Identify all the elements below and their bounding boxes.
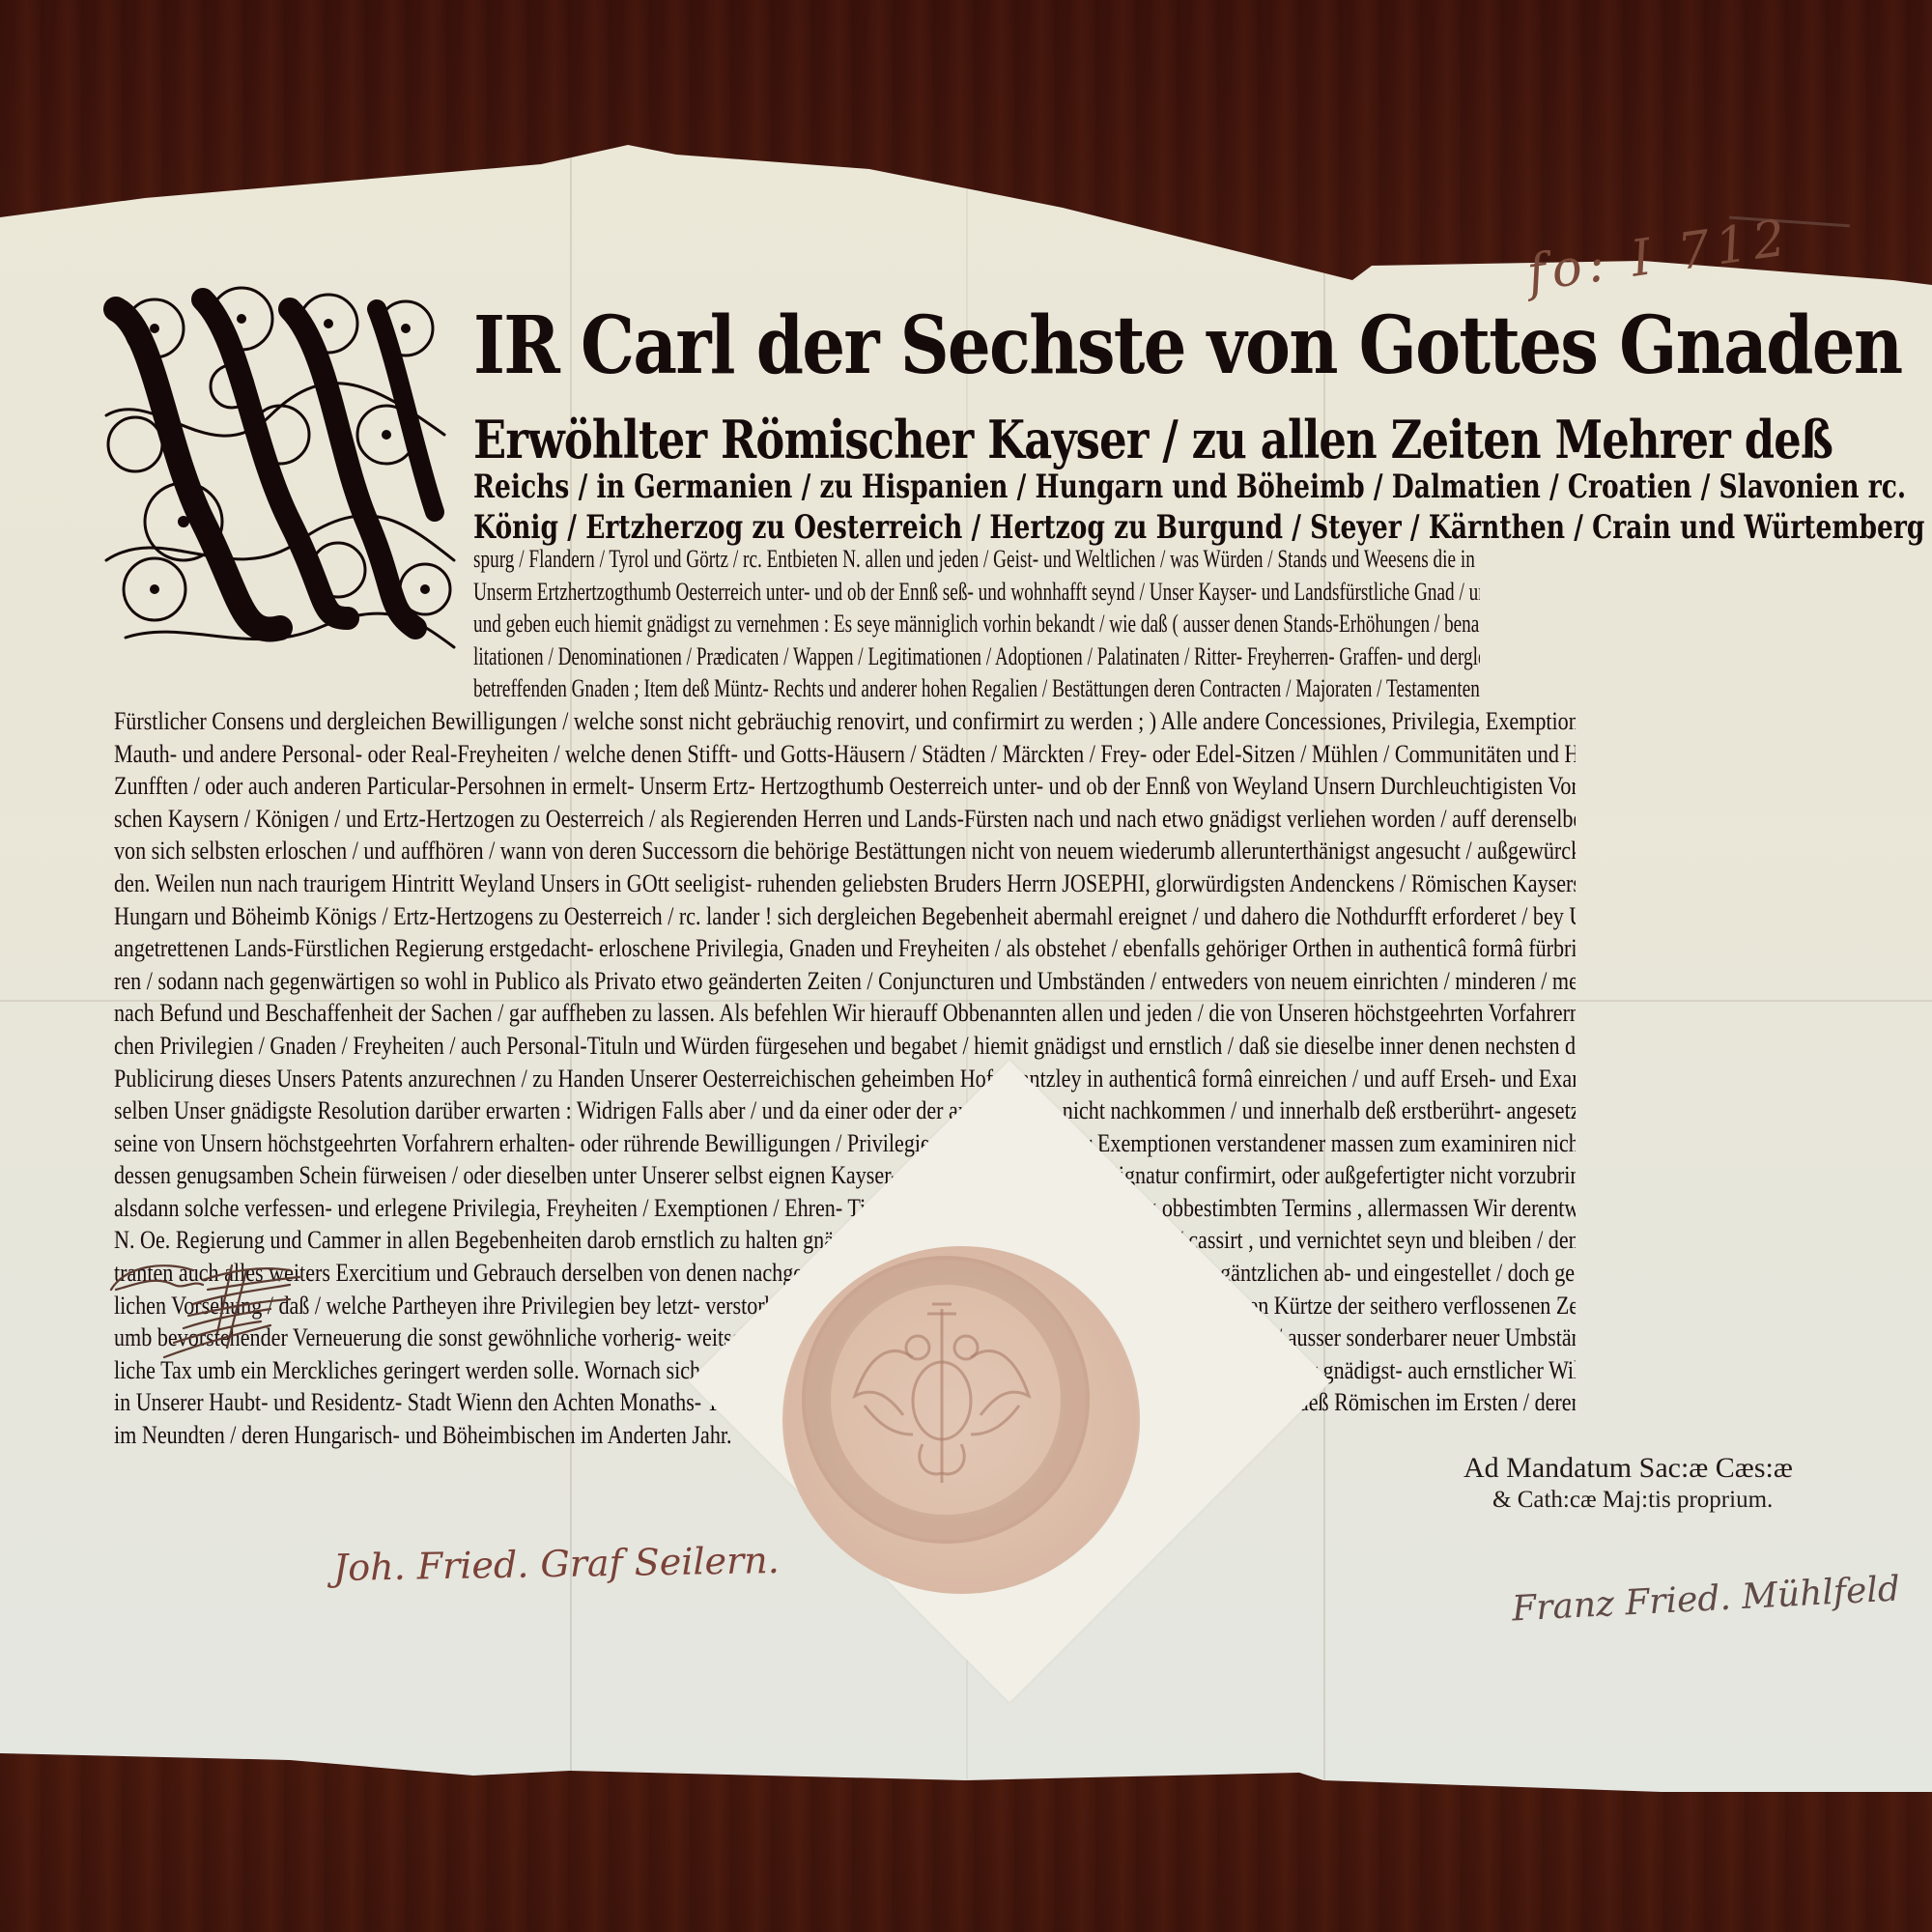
body-line: angetrettenen Lands-Fürstlichen Regierun…: [114, 932, 1576, 965]
body-line: von sich selbsten erloschen / und auffhö…: [114, 835, 1576, 867]
double-headed-eagle-icon: [836, 1290, 1048, 1502]
body-line: Publicirung dieses Unsers Patents anzure…: [114, 1063, 1576, 1095]
body-line: seine von Unsern höchstgeehrten Vorfahre…: [114, 1127, 1576, 1160]
body-line: Hungarn und Böheimb Königs / Ertz-Hertzo…: [114, 900, 1576, 933]
indented-paragraph: spurg / Flandern / Tyrol und Görtz / rc.…: [473, 543, 1833, 705]
body-line: selben Unser gnädigste Resolution darübe…: [114, 1094, 1576, 1127]
body-line: alsdann solche verfessen- und erlegene P…: [114, 1192, 1576, 1225]
body-line: dessen genugsamben Schein fürweisen / od…: [114, 1159, 1576, 1192]
mandate-line-1: Ad Mandatum Sac:æ Cæs:æ: [1463, 1452, 1793, 1485]
emperor-signature: [106, 1256, 319, 1372]
body-line: ren / sodann nach gegenwärtigen so wohl …: [114, 965, 1576, 998]
body-line: betreffenden Gnaden ; Item deß Müntz- Re…: [473, 672, 1480, 705]
body-line: Zunfften / oder auch anderen Particular-…: [114, 770, 1576, 803]
body-line: nach Befund und Beschaffenheit der Sache…: [114, 997, 1576, 1030]
body-line: chen Privilegien / Gnaden / Freyheiten /…: [114, 1030, 1576, 1063]
body-line: spurg / Flandern / Tyrol und Görtz / rc.…: [473, 543, 1480, 576]
title-line-1: IR Carl der Sechste von Gottes Gnaden: [473, 299, 1901, 392]
body-line: litationen / Denominationen / Prædicaten…: [473, 640, 1480, 673]
body-line: und geben euch hiemit gnädigst zu verneh…: [473, 608, 1480, 640]
mandate-line-2: & Cath:cæ Maj:tis proprium.: [1492, 1487, 1793, 1514]
title-line-2: Erwöhlter Römischer Kayser / zu allen Ze…: [473, 409, 1833, 470]
body-line: Unserm Ertzhertzogthumb Oesterreich unte…: [473, 576, 1480, 609]
counter-signature-mandate: Ad Mandatum Sac:æ Cæs:æ & Cath:cæ Maj:ti…: [1463, 1452, 1793, 1514]
body-line: schen Kaysern / Königen / und Ertz-Hertz…: [114, 803, 1576, 836]
body-line: Mauth- und andere Personal- oder Real-Fr…: [114, 738, 1576, 771]
body-line: Fürstlicher Consens und dergleichen Bewi…: [114, 705, 1576, 738]
title-line-4: König / Ertzherzog zu Oesterreich / Hert…: [473, 508, 1932, 547]
chancellor-signature: Joh. Fried. Graf Seilern.: [333, 1539, 780, 1589]
title-line-3: Reichs / in Germanien / zu Hispanien / H…: [473, 468, 1906, 506]
body-line: den. Weilen nun nach traurigem Hintritt …: [114, 867, 1576, 900]
